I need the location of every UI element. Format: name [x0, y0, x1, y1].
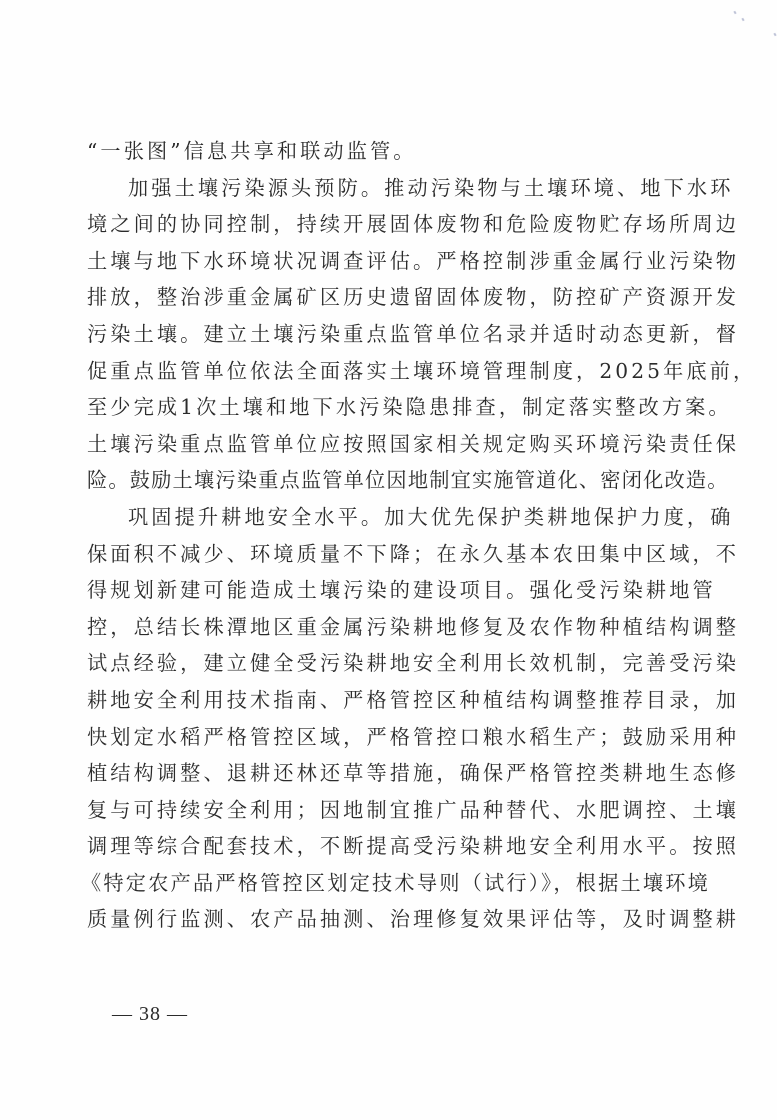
text-line: 耕地安全利用技术指南、严格管控区种植结构调整推荐目录，加: [87, 682, 685, 719]
text-line: 排放，整治涉重金属矿区历史遗留固体废物，防控矿产资源开发: [87, 279, 685, 316]
text-line: 试点经验，建立健全受污染耕地安全利用长效机制，完善受污染: [87, 645, 685, 682]
text-line: 质量例行监测、农产品抽测、治理修复效果评估等，及时调整耕: [87, 901, 685, 938]
text-line: 污染土壤。建立土壤污染重点监管单位名录并适时动态更新，督: [87, 316, 685, 353]
text-line: 境之间的协同控制，持续开展固体废物和危险废物贮存场所周边: [87, 206, 685, 243]
text-line: 控，总结长株潭地区重金属污染耕地修复及农作物种植结构调整: [87, 609, 685, 646]
text-line: 促重点监管单位依法全面落实土壤环境管理制度，2025年底前，: [87, 353, 685, 390]
text-line: 植结构调整、退耕还林还草等措施，确保严格管控类耕地生态修: [87, 755, 685, 792]
paragraph-heading-line: 巩固提升耕地安全水平。加大优先保护类耕地保护力度，确: [87, 499, 685, 536]
text-line: 得规划新建可能造成土壤污染的建设项目。强化受污染耕地管: [87, 572, 685, 609]
text-line: 险。鼓励土壤污染重点监管单位因地制宜实施管道化、密闭化改造。: [87, 462, 685, 499]
document-body-text: “一张图”信息共享和联动监管。 加强土壤污染源头预防。推动污染物与土壤环境、地下…: [87, 133, 685, 938]
text-line: 快划定水稻严格管控区域，严格管控口粮水稻生产；鼓励采用种: [87, 719, 685, 756]
text-line: 保面积不减少、环境质量不下降；在永久基本农田集中区域，不: [87, 536, 685, 573]
document-page: “一张图”信息共享和联动监管。 加强土壤污染源头预防。推动污染物与土壤环境、地下…: [0, 0, 777, 1120]
text-line: 至少完成1次土壤和地下水污染隐患排查，制定落实整改方案。: [87, 389, 685, 426]
scan-dot: [741, 18, 744, 22]
scan-dot: [733, 11, 736, 15]
page-number: — 38 —: [112, 1003, 188, 1026]
text-line: 土壤与地下水环境状况调查评估。严格控制涉重金属行业污染物: [87, 243, 685, 280]
text-line: “一张图”信息共享和联动监管。: [87, 133, 685, 170]
text-line: 调理等综合配套技术，不断提高受污染耕地安全利用水平。按照: [87, 828, 685, 865]
text-line: 复与可持续安全利用；因地制宜推广品种替代、水肥调控、土壤: [87, 792, 685, 829]
text-line: 《特定农产品严格管控区划定技术导则（试行）》，根据土壤环境: [81, 865, 685, 902]
scan-dot: [773, 33, 776, 37]
paragraph-heading-line: 加强土壤污染源头预防。推动污染物与土壤环境、地下水环: [87, 170, 685, 207]
scan-artifact-marks: [700, 5, 770, 45]
text-line: 土壤污染重点监管单位应按照国家相关规定购买环境污染责任保: [87, 426, 685, 463]
